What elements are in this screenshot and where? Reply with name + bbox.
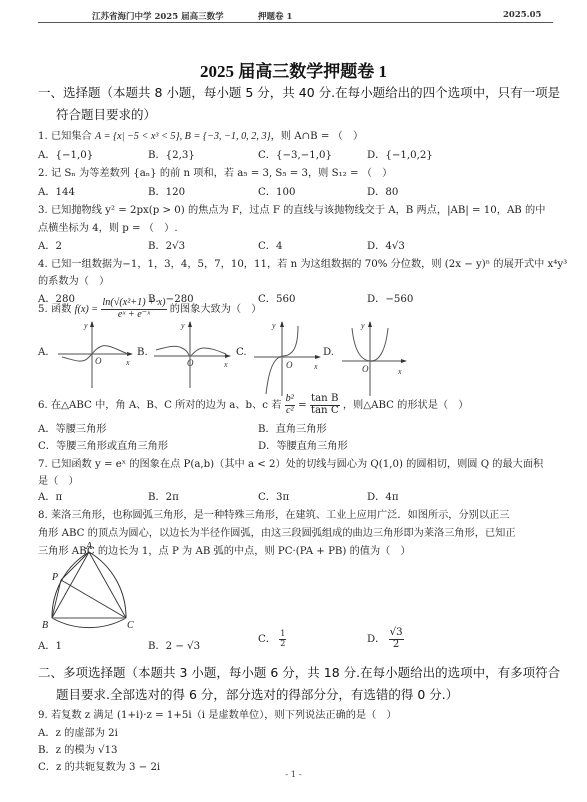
graph-b: y O x bbox=[152, 318, 234, 390]
question-math: A = {x| −5 < x³ < 5}, B = {−3, −1, 0, 2,… bbox=[95, 131, 271, 142]
question-4: 4. 已知一组数据为−1，1，3，4，5，7，10，11，若 n 为这组数据的 … bbox=[38, 255, 567, 270]
q4-option-c: C．560 bbox=[258, 290, 295, 305]
q7-option-d: D．4π bbox=[367, 488, 399, 503]
svg-text:O: O bbox=[95, 356, 102, 366]
question-7: 7. 已知函数 y = eˣ 的图象在点 P(a,b)（其中 a < 2）处的切… bbox=[38, 455, 543, 470]
q2-option-b: B．120 bbox=[148, 183, 185, 198]
svg-text:x: x bbox=[313, 362, 318, 371]
q4-option-d: D．−560 bbox=[367, 290, 413, 305]
question-number: 3. bbox=[38, 205, 48, 216]
svg-text:B: B bbox=[42, 620, 48, 631]
question-stem: 已知函数 y = eˣ 的图象在点 P(a,b)（其中 a < 2）处的切线与圆… bbox=[51, 459, 543, 470]
question-stem: 莱洛三角形，也称圆弧三角形，是一种特殊三角形，在建筑、工业上应用广泛．如图所示，… bbox=[51, 510, 509, 521]
fraction-one-half: 1 2 bbox=[279, 630, 286, 648]
equals-sign: = bbox=[298, 400, 307, 411]
q1-option-a: A．{−1,0} bbox=[38, 146, 93, 161]
graph-d: y O x bbox=[340, 318, 410, 398]
question-8: 8. 莱洛三角形，也称圆弧三角形，是一种特殊三角形，在建筑、工业上应用广泛．如图… bbox=[38, 506, 509, 521]
q3-option-a: A．2 bbox=[38, 237, 62, 252]
q3-option-c: C．4 bbox=[258, 237, 282, 252]
q8-option-b: B．2 − √3 bbox=[148, 637, 200, 652]
question-stem: 函数 bbox=[51, 304, 71, 315]
question-number: 6. bbox=[38, 400, 48, 411]
q2-option-a: A．144 bbox=[38, 183, 75, 198]
svg-text:y: y bbox=[83, 321, 88, 330]
q7-option-a: A．π bbox=[38, 488, 62, 503]
q8-option-c: C． 1 2 bbox=[258, 630, 286, 648]
fraction-denominator: 2 bbox=[389, 640, 404, 651]
reuleaux-triangle-figure: A P B C bbox=[38, 540, 148, 632]
question-stem-suffix: 的图象大致为（ ） bbox=[170, 304, 262, 315]
svg-text:x: x bbox=[125, 358, 130, 367]
question-7-cont: 是（ ） bbox=[38, 472, 79, 487]
q2-option-d: D．80 bbox=[367, 183, 398, 198]
q5-option-a: A. bbox=[38, 347, 49, 358]
fraction-sqrt3-over-2: √3 2 bbox=[389, 628, 404, 650]
fraction-denominator: tan C bbox=[310, 406, 340, 417]
q5-option-c: C. bbox=[236, 347, 247, 358]
svg-text:C: C bbox=[127, 620, 134, 631]
q8-option-a: A．1 bbox=[38, 637, 62, 652]
svg-text:x: x bbox=[397, 367, 402, 376]
svg-text:P: P bbox=[51, 572, 58, 583]
fraction-b2-c2: b² c² bbox=[285, 394, 295, 416]
question-3-cont: 点横坐标为 4，则 p = （ ）. bbox=[38, 219, 178, 234]
fraction-numerator: tan B bbox=[310, 394, 340, 406]
question-2: 2. 记 Sₙ 为等差数列 {aₙ} 的前 n 项和，若 a₅ = 3, S₅ … bbox=[38, 164, 392, 179]
function-name: f(x) = bbox=[75, 304, 99, 315]
question-stem: 在△ABC 中，角 A、B、C 所对的边为 a、b、c 若 bbox=[51, 400, 281, 411]
question-stem-suffix: ，则△ABC 的形状是（ ） bbox=[343, 400, 469, 411]
question-number: 1. bbox=[38, 131, 48, 142]
svg-text:y: y bbox=[180, 321, 185, 330]
fraction-denominator: c² bbox=[285, 406, 295, 417]
section2-heading: 二、多项选择题（本题共 3 小题，每小题 6 分，共 18 分.在每小题给出的选… bbox=[38, 663, 560, 681]
question-stem: 已知抛物线 y² = 2px(p > 0) 的焦点为 F，过点 F 的直线与该抛… bbox=[51, 205, 545, 216]
svg-text:O: O bbox=[187, 358, 194, 368]
q3-option-d: D．4√3 bbox=[367, 237, 405, 252]
question-number: 4. bbox=[38, 259, 48, 270]
q9-option-b: B．z 的模为 √13 bbox=[38, 741, 118, 756]
section1-heading-cont: 符合题目要求的） bbox=[56, 105, 156, 123]
question-stem: 已知一组数据为−1，1，3，4，5，7，10，11，若 n 为这组数据的 70%… bbox=[51, 259, 567, 270]
section2-heading-cont: 题目要求.全部选对的得 6 分，部分选对的得部分分，有选错的得 0 分.） bbox=[56, 685, 458, 703]
q5-option-b: B. bbox=[137, 347, 148, 358]
fraction-tan: tan B tan C bbox=[310, 394, 340, 416]
question-9: 9. 若复数 z 满足 (1+i)·z = 1+5i（i 是虚数单位），则下列说… bbox=[38, 706, 397, 721]
q7-option-c: C．3π bbox=[258, 488, 289, 503]
q6-option-d: D．等腰直角三角形 bbox=[258, 437, 348, 452]
question-1: 1. 已知集合 A = {x| −5 < x³ < 5}, B = {−3, −… bbox=[38, 127, 363, 142]
page-title: 2025 届高三数学押题卷 1 bbox=[0, 57, 587, 82]
question-number: 5. bbox=[38, 304, 48, 315]
q1-option-d: D．{−1,0,2} bbox=[367, 146, 433, 161]
question-stem: 若复数 z 满足 (1+i)·z = 1+5i（i 是虚数单位），则下列说法正确… bbox=[51, 710, 397, 721]
question-stem-suffix: ，则 A∩B = （ ） bbox=[271, 131, 364, 142]
graph-c: y O x bbox=[252, 318, 324, 398]
q3-option-b: B．2√3 bbox=[148, 237, 185, 252]
q6-option-a: A．等腰三角形 bbox=[38, 420, 106, 435]
q7-option-b: B．2π bbox=[148, 488, 179, 503]
question-stem: 记 Sₙ 为等差数列 {aₙ} 的前 n 项和，若 a₅ = 3, S₅ = 3… bbox=[51, 168, 392, 179]
svg-text:O: O bbox=[286, 360, 293, 370]
svg-text:O: O bbox=[362, 364, 369, 374]
question-3: 3. 已知抛物线 y² = 2px(p > 0) 的焦点为 F，过点 F 的直线… bbox=[38, 201, 545, 216]
question-8-cont1: 角形 ABC 的顶点为圆心，以边长为半径作圆弧，由这三段圆弧组成的曲边三角形即为… bbox=[38, 524, 516, 539]
question-number: 2. bbox=[38, 168, 48, 179]
svg-text:y: y bbox=[360, 321, 365, 330]
section1-heading: 一、选择题（本题共 8 小题，每小题 5 分，共 40 分.在每小题给出的四个选… bbox=[38, 83, 560, 101]
graph-a: y O x bbox=[56, 318, 136, 390]
svg-text:A: A bbox=[85, 541, 93, 552]
option-label: C． bbox=[258, 634, 276, 645]
svg-text:y: y bbox=[271, 321, 276, 330]
fraction-numerator: √3 bbox=[389, 628, 404, 640]
question-4-cont: 的系数为（ ） bbox=[38, 272, 109, 287]
option-label: D． bbox=[367, 634, 385, 645]
q1-option-c: C．{−3,−1,0} bbox=[258, 146, 332, 161]
question-number: 9. bbox=[38, 710, 48, 721]
q9-option-a: A．z 的虚部为 2i bbox=[38, 724, 118, 739]
svg-text:x: x bbox=[223, 360, 228, 369]
page-number: - 1 - bbox=[0, 770, 587, 780]
header-date: 2025.05 bbox=[503, 10, 541, 20]
question-6: 6. 在△ABC 中，角 A、B、C 所对的边为 a、b、c 若 b² c² =… bbox=[38, 394, 468, 416]
q6-option-b: B．直角三角形 bbox=[258, 420, 327, 435]
q1-option-b: B．{2,3} bbox=[148, 146, 195, 161]
header-paper: 押题卷 1 bbox=[258, 10, 292, 22]
header-divider bbox=[38, 22, 553, 23]
q5-option-d: D. bbox=[323, 347, 334, 358]
question-stem: 已知集合 bbox=[51, 131, 92, 142]
fraction-numerator: b² bbox=[285, 394, 295, 406]
header-school: 江苏省海门中学 2025 届高三数学 bbox=[92, 10, 224, 22]
q6-option-c: C．等腰三角形或直角三角形 bbox=[38, 437, 168, 452]
fraction-numerator: ln(√(x²+1) + x) bbox=[101, 298, 166, 310]
question-number: 8. bbox=[38, 510, 48, 521]
question-number: 7. bbox=[38, 459, 48, 470]
q2-option-c: C．100 bbox=[258, 183, 295, 198]
q8-option-d: D． √3 2 bbox=[367, 628, 404, 650]
fraction-denominator: 2 bbox=[279, 640, 286, 648]
